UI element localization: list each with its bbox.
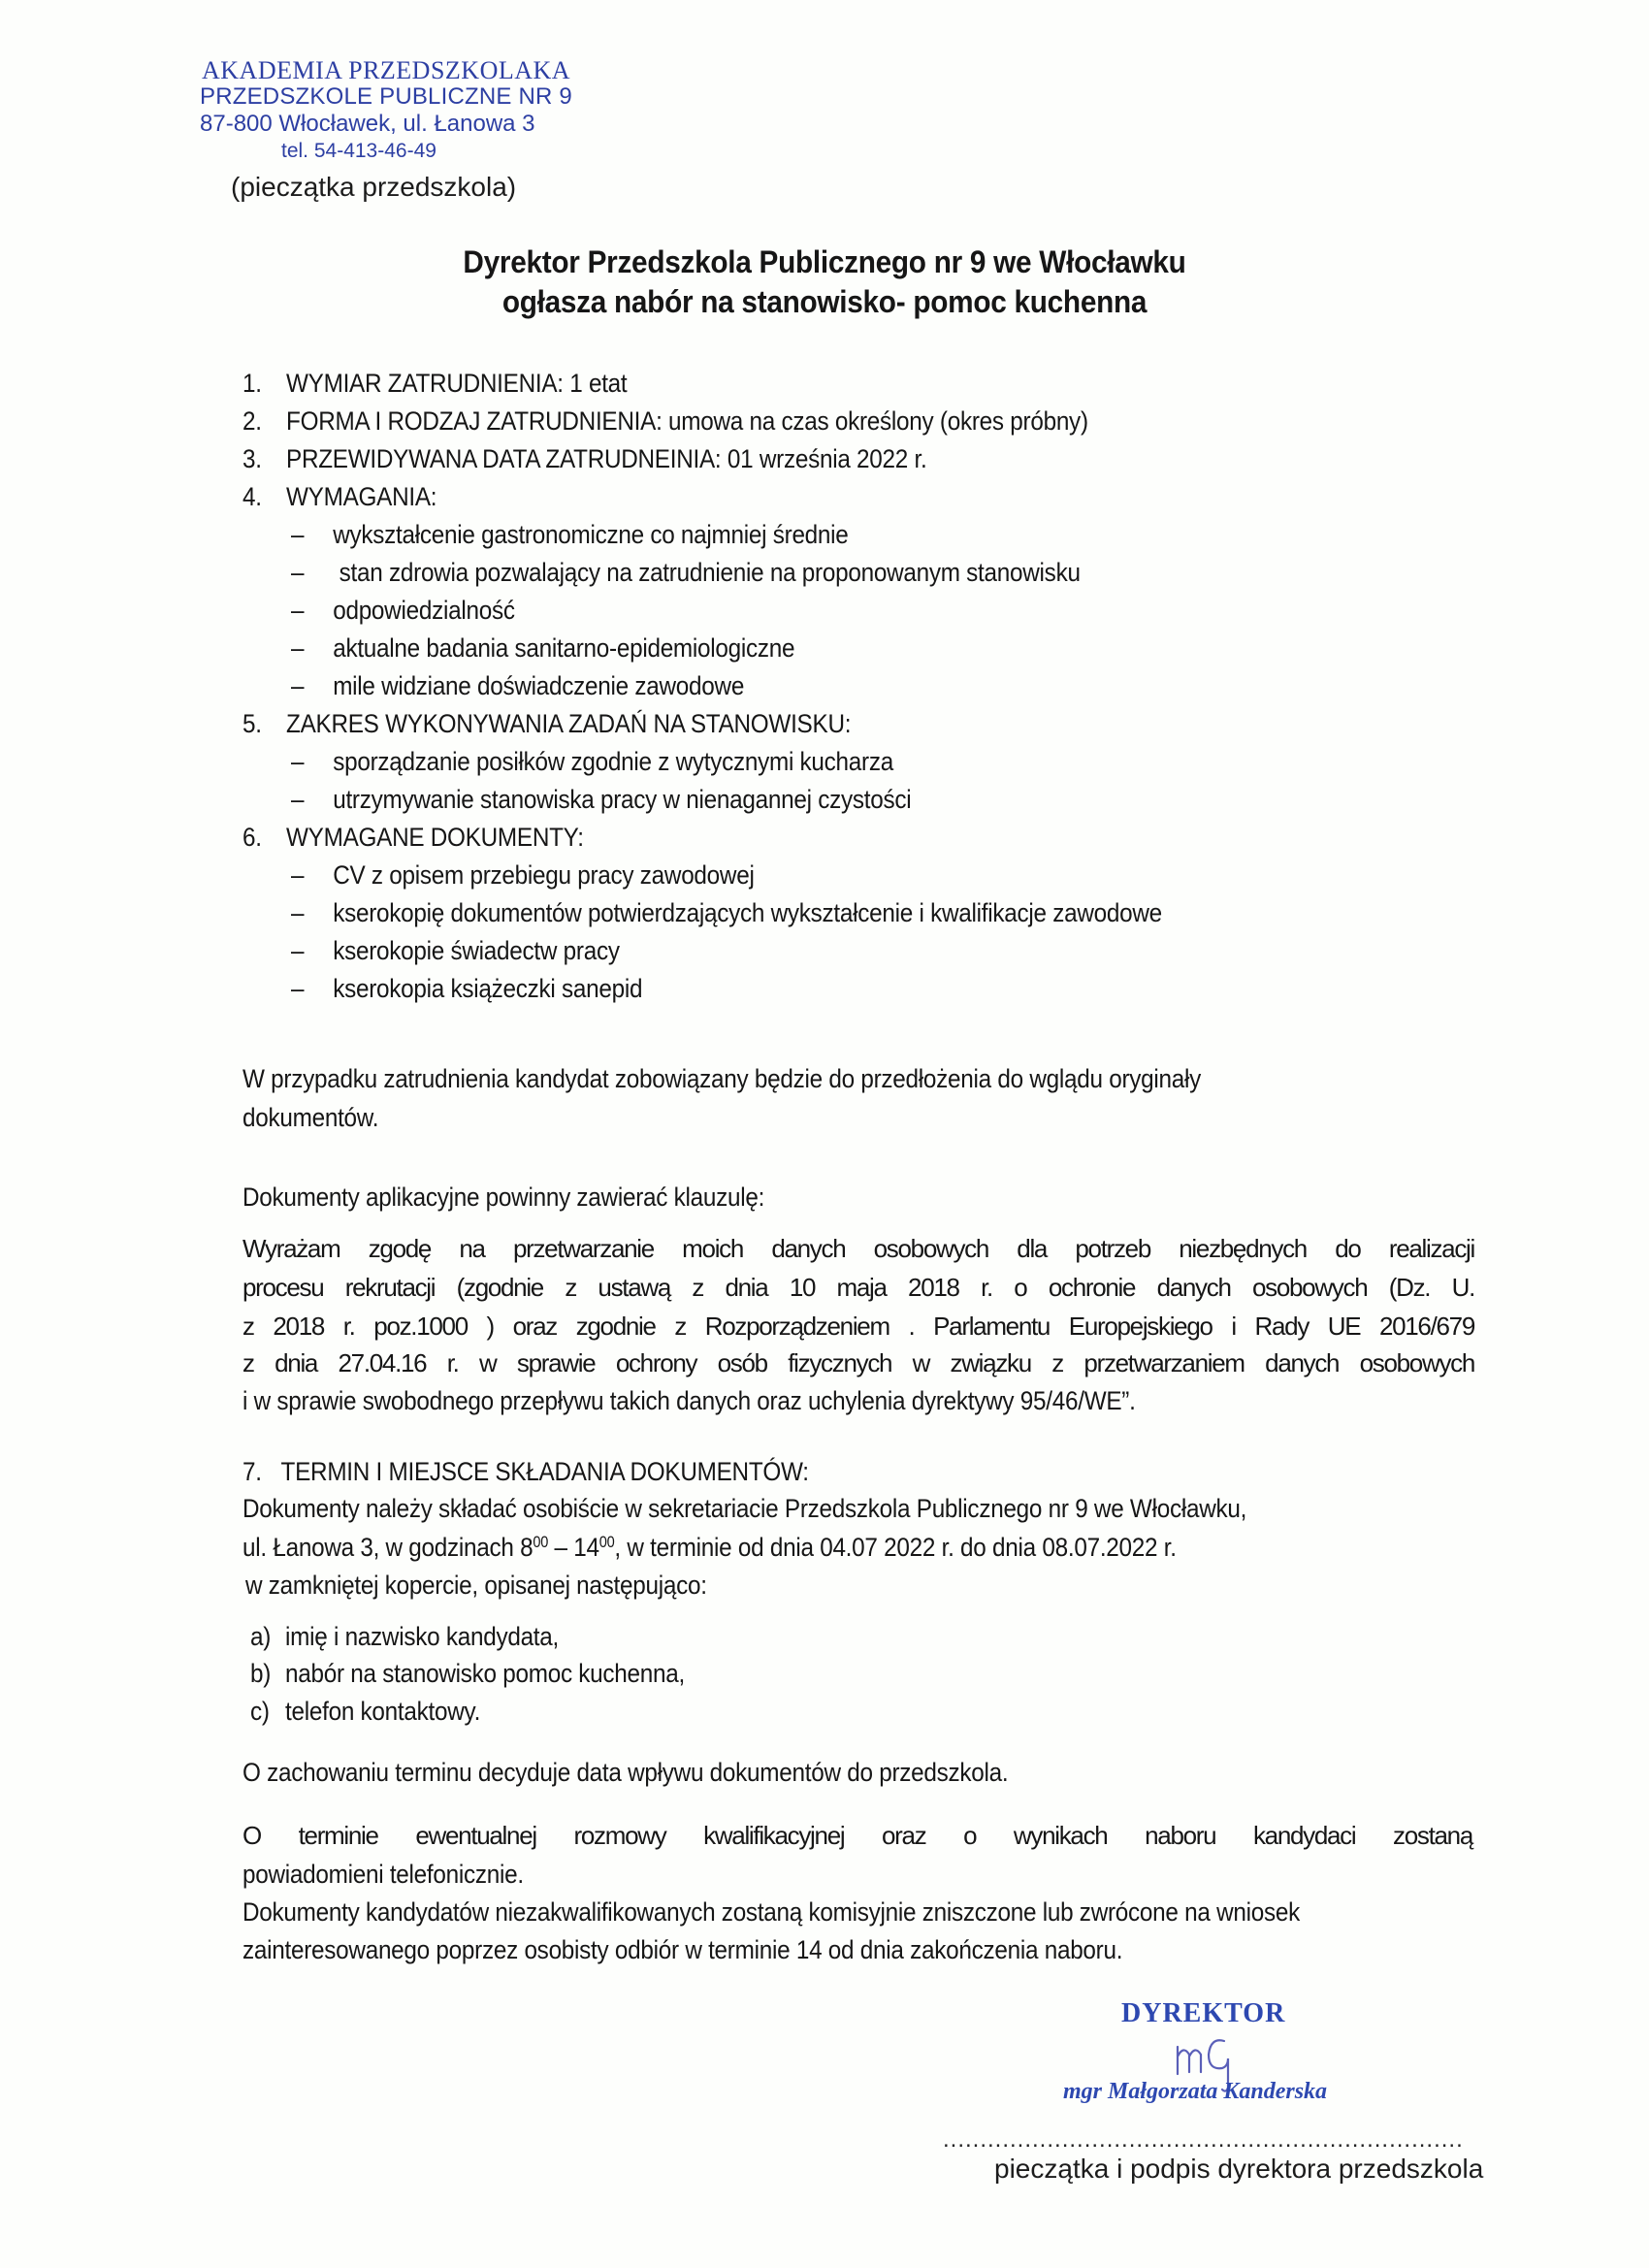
list-item: –kserokopia książeczki sanepid bbox=[291, 974, 642, 1004]
section-label: WYMAGANIA: bbox=[286, 482, 436, 511]
list-item-text: odpowiedzialność bbox=[333, 596, 515, 625]
list-item: –kserokopię dokumentów potwierdzających … bbox=[291, 898, 1162, 928]
hours-prefix: ul. Łanowa 3, w godzinach 8 bbox=[242, 1533, 533, 1562]
list-item: –CV z opisem przebiegu pracy zawodowej bbox=[291, 860, 755, 891]
dash-bullet-icon: – bbox=[291, 520, 333, 550]
director-name: mgr Małgorzata Kanderska bbox=[1063, 2079, 1327, 2105]
list-item: –kserokopie świadectw pracy bbox=[291, 936, 620, 966]
dash-bullet-icon: – bbox=[291, 747, 333, 777]
envelope-item: c)telefon kontaktowy. bbox=[250, 1697, 480, 1727]
clause-intro: Dokumenty aplikacyjne powinny zawierać k… bbox=[242, 1183, 764, 1213]
list-item: –utrzymywanie stanowiska pracy w nienaga… bbox=[291, 785, 911, 815]
section-2: 2.FORMA I RODZAJ ZATRUDNIENIA: umowa na … bbox=[242, 406, 1088, 437]
list-item: –aktualne badania sanitarno-epidemiologi… bbox=[291, 633, 794, 664]
section-number: 5. bbox=[242, 709, 286, 739]
list-item-text: CV z opisem przebiegu pracy zawodowej bbox=[333, 860, 754, 890]
documents-return-line-2: zainteresowanego poprzez osobisty odbiór… bbox=[242, 1935, 1122, 1965]
signature-caption: pieczątka i podpis dyrektora przedszkola bbox=[994, 2154, 1483, 2185]
envelope-item-marker: b) bbox=[250, 1659, 285, 1689]
section-number: 2. bbox=[242, 406, 286, 437]
list-item: –wykształcenie gastronomiczne co najmnie… bbox=[291, 520, 849, 550]
document-title-line-2: ogłasza nabór na stanowisko- pomoc kuche… bbox=[58, 284, 1592, 320]
list-item-text: kserokopię dokumentów potwierdzających w… bbox=[333, 898, 1162, 927]
clause-line: i w sprawie swobodnego przepływu takich … bbox=[242, 1386, 1136, 1416]
dash-bullet-icon: – bbox=[291, 936, 333, 966]
list-item-text: utrzymywanie stanowiska pracy w nienagan… bbox=[333, 785, 911, 814]
interview-note-line-2: powiadomieni telefonicznie. bbox=[242, 1860, 524, 1890]
documents-return-line-1: Dokumenty kandydatów niezakwalifikowanyc… bbox=[242, 1897, 1300, 1928]
list-item-text: mile widziane doświadczenie zawodowe bbox=[333, 671, 744, 700]
section-6: 6.WYMAGANE DOKUMENTY: bbox=[242, 823, 584, 853]
dash-bullet-icon: – bbox=[291, 785, 333, 815]
list-item-text: kserokopie świadectw pracy bbox=[333, 936, 620, 965]
stamp-caption: (pieczątka przedszkola) bbox=[231, 172, 516, 203]
originals-note-line-2: dokumentów. bbox=[242, 1103, 378, 1133]
section-label: WYMIAR ZATRUDNIENIA: 1 etat bbox=[286, 369, 627, 398]
section-number: 3. bbox=[242, 444, 286, 474]
section-number: 4. bbox=[242, 482, 286, 512]
interview-note-line-1: O terminie ewentualnej rozmowy kwalifika… bbox=[242, 1821, 1472, 1851]
section-label: PRZEWIDYWANA DATA ZATRUDNEINIA: 01 wrześ… bbox=[286, 444, 926, 473]
list-item-text: kserokopia książeczki sanepid bbox=[333, 974, 642, 1003]
list-item: –odpowiedzialność bbox=[291, 596, 515, 626]
section-label: FORMA I RODZAJ ZATRUDNIENIA: umowa na cz… bbox=[286, 406, 1088, 436]
section-7-number: 7. bbox=[242, 1457, 262, 1486]
section-4: 4.WYMAGANIA: bbox=[242, 482, 436, 512]
clause-line: Wyrażam zgodę na przetwarzanie moich dan… bbox=[242, 1234, 1474, 1264]
section-7-line-1: Dokumenty należy składać osobiście w sek… bbox=[242, 1494, 1246, 1524]
section-label: WYMAGANE DOKUMENTY: bbox=[286, 823, 584, 852]
document-title-line-1: Dyrektor Przedszkola Publicznego nr 9 we… bbox=[58, 244, 1592, 280]
section-7-line-3: w zamkniętej kopercie, opisanej następuj… bbox=[245, 1571, 707, 1601]
dash-bullet-icon: – bbox=[291, 860, 333, 891]
date-range: , w terminie od dnia 04.07 2022 r. do dn… bbox=[614, 1533, 1176, 1562]
signature-dotted-line: ........................................… bbox=[943, 2126, 1464, 2154]
section-7-heading: 7.TERMIN I MIEJSCE SKŁADANIA DOKUMENTÓW: bbox=[242, 1457, 809, 1487]
school-stamp-phone: tel. 54-413-46-49 bbox=[281, 140, 436, 163]
envelope-item-marker: a) bbox=[250, 1622, 285, 1652]
hour-start-minutes: 00 bbox=[533, 1534, 548, 1551]
clause-line: z dnia 27.04.16 r. w sprawie ochrony osó… bbox=[242, 1348, 1474, 1378]
section-5: 5.ZAKRES WYKONYWANIA ZADAŃ NA STANOWISKU… bbox=[242, 709, 851, 739]
dash-bullet-icon: – bbox=[291, 974, 333, 1004]
envelope-item: a)imię i nazwisko kandydata, bbox=[250, 1622, 559, 1652]
school-stamp-line-3: 87-800 Włocławek, ul. Łanowa 3 bbox=[200, 111, 535, 138]
hour-end-minutes: 00 bbox=[599, 1534, 615, 1551]
list-item: – stan zdrowia pozwalający na zatrudnien… bbox=[291, 558, 1081, 588]
section-7-label: TERMIN I MIEJSCE SKŁADANIA DOKUMENTÓW: bbox=[281, 1457, 809, 1486]
section-1: 1.WYMIAR ZATRUDNIENIA: 1 etat bbox=[242, 369, 627, 399]
list-item-text: aktualne badania sanitarno-epidemiologic… bbox=[333, 633, 794, 663]
hours-mid: – 14 bbox=[548, 1533, 599, 1562]
section-3: 3.PRZEWIDYWANA DATA ZATRUDNEINIA: 01 wrz… bbox=[242, 444, 926, 474]
school-stamp-line-2: PRZEDSZKOLE PUBLICZNE NR 9 bbox=[200, 83, 572, 111]
originals-note-line-1: W przypadku zatrudnienia kandydat zobowi… bbox=[242, 1064, 1201, 1094]
dash-bullet-icon: – bbox=[291, 596, 333, 626]
section-number: 1. bbox=[242, 369, 286, 399]
clause-line: z 2018 r. poz.1000 ) oraz zgodnie z Rozp… bbox=[242, 1312, 1474, 1342]
envelope-item-text: imię i nazwisko kandydata, bbox=[285, 1622, 559, 1651]
clause-line: procesu rekrutacji (zgodnie z ustawą z d… bbox=[242, 1273, 1474, 1303]
section-number: 6. bbox=[242, 823, 286, 853]
section-label: ZAKRES WYKONYWANIA ZADAŃ NA STANOWISKU: bbox=[286, 709, 851, 738]
dash-bullet-icon: – bbox=[291, 558, 333, 588]
envelope-item: b)nabór na stanowisko pomoc kuchenna, bbox=[250, 1659, 685, 1689]
dash-bullet-icon: – bbox=[291, 671, 333, 701]
dash-bullet-icon: – bbox=[291, 898, 333, 928]
list-item-text: stan zdrowia pozwalający na zatrudnienie… bbox=[333, 558, 1080, 587]
school-stamp-line-1: AKADEMIA PRZEDSZKOLAKA bbox=[202, 56, 570, 85]
envelope-item-text: nabór na stanowisko pomoc kuchenna, bbox=[285, 1659, 685, 1688]
director-stamp-title: DYREKTOR bbox=[1121, 1998, 1285, 2029]
list-item: –mile widziane doświadczenie zawodowe bbox=[291, 671, 744, 701]
dash-bullet-icon: – bbox=[291, 633, 333, 664]
list-item: –sporządzanie posiłków zgodnie z wytyczn… bbox=[291, 747, 893, 777]
section-7-line-2: ul. Łanowa 3, w godzinach 800 – 1400, w … bbox=[242, 1533, 1177, 1563]
list-item-text: sporządzanie posiłków zgodnie z wytyczny… bbox=[333, 747, 893, 776]
deadline-note: O zachowaniu terminu decyduje data wpływ… bbox=[242, 1758, 1008, 1788]
envelope-item-text: telefon kontaktowy. bbox=[285, 1697, 480, 1726]
list-item-text: wykształcenie gastronomiczne co najmniej… bbox=[333, 520, 848, 549]
envelope-item-marker: c) bbox=[250, 1697, 285, 1727]
